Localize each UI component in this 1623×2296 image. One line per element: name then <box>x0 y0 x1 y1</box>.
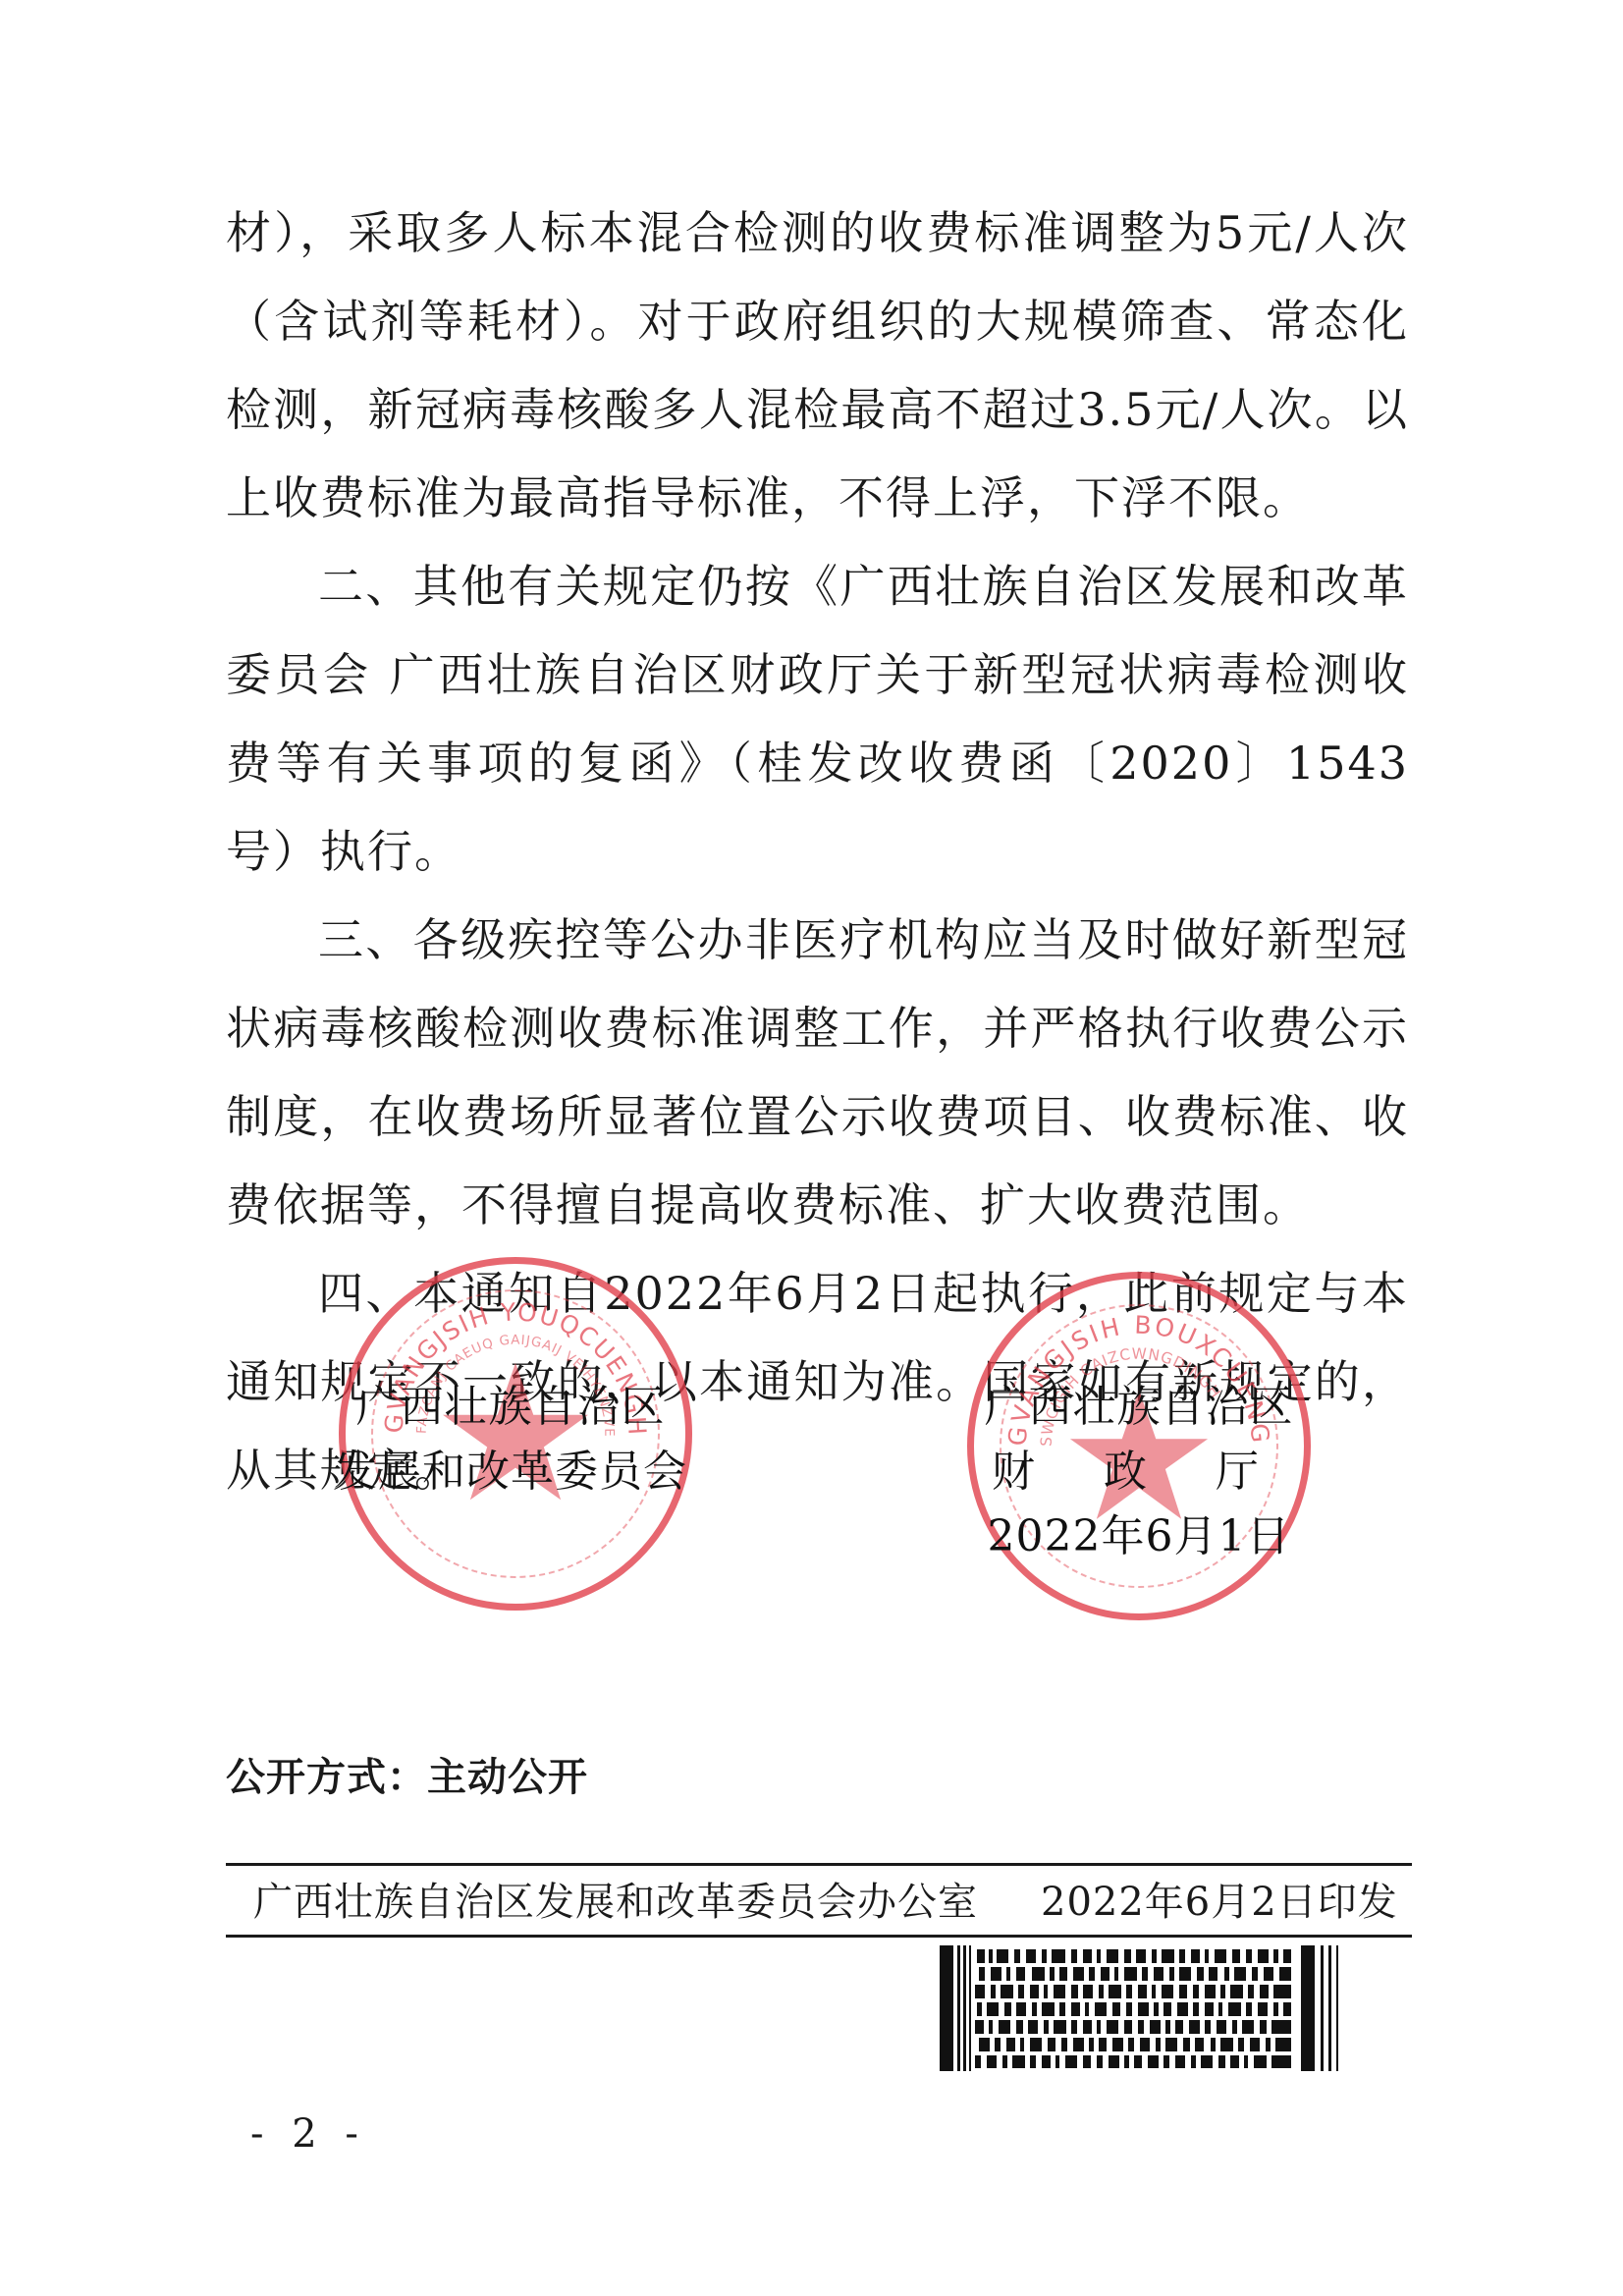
issuer-office: 广西壮族自治区发展和改革委员会办公室 <box>253 1878 978 1927</box>
divider-top <box>226 1863 1412 1866</box>
page-number: - 2 - <box>250 2111 366 2157</box>
signature-line: 发展和改革委员会 <box>324 1440 697 1504</box>
signature-drc: 广西壮族自治区 发展和改革委员会 <box>324 1375 697 1504</box>
document-page: 材），采取多人标本混合检测的收费标准调整为5元/人次（含试剂等耗材）。对于政府组… <box>0 0 1623 2296</box>
disclosure-method: 公开方式：主动公开 <box>226 1746 588 1802</box>
pdf417-barcode-icon <box>940 1945 1355 2071</box>
signature-line: 财 政 厅 <box>972 1440 1306 1504</box>
issue-date: 2022年6月2日印发 <box>1041 1878 1398 1927</box>
signature-finance: 广西壮族自治区 财 政 厅 2022年6月1日 <box>972 1375 1306 1569</box>
divider-bottom <box>226 1935 1412 1938</box>
signature-line: 广西壮族自治区 <box>972 1375 1306 1440</box>
signature-line: 广西壮族自治区 <box>324 1375 697 1440</box>
signature-area: GVANGJSIH YOUQCUENGH SWCIGIH 广西壮族自治区发展和改… <box>0 0 1623 2296</box>
signature-date: 2022年6月1日 <box>972 1504 1306 1569</box>
